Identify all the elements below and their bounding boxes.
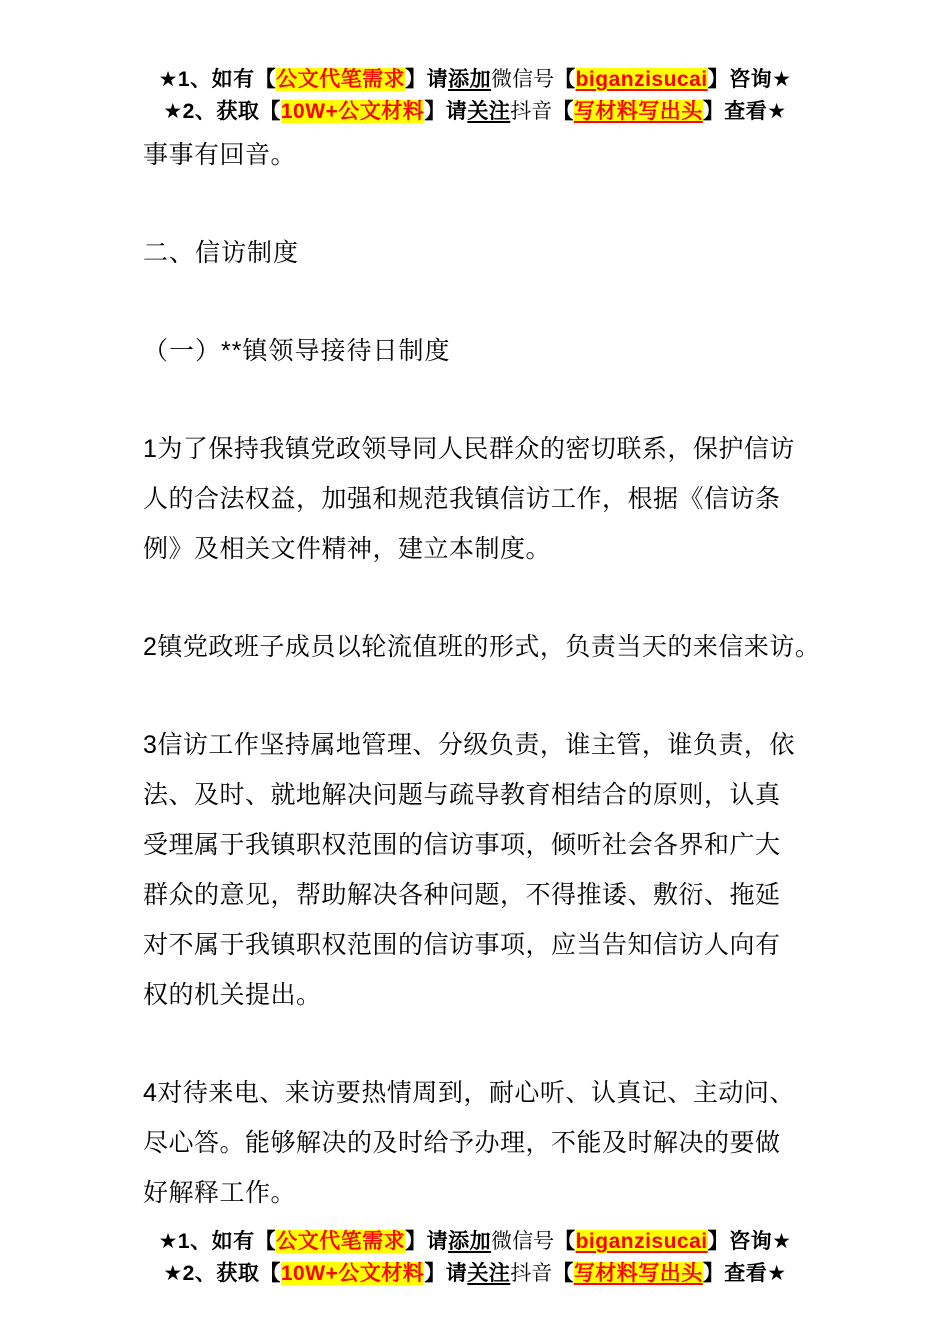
text-line: 尽心答。能够解决的及时给予办理，不能及时解决的要做 bbox=[143, 1118, 843, 1168]
paragraph: 3信访工作坚持属地管理、分级负责，谁主管，谁负责，依法、及时、就地解决问题与疏导… bbox=[143, 720, 843, 1020]
text-line: 例》及相关文件精神，建立本制度。 bbox=[143, 524, 843, 574]
text-line: 4对待来电、来访要热情周到，耐心听、认真记、主动问、 bbox=[143, 1068, 843, 1118]
text-line: 权的机关提出。 bbox=[143, 970, 843, 1020]
section-heading: 二、信访制度 bbox=[143, 228, 843, 278]
promo-text: 关注 bbox=[467, 100, 510, 123]
promo-text: 【 bbox=[554, 68, 576, 91]
promo-highlight-text: 10W+公文材料 bbox=[281, 100, 424, 123]
promo-banner-top: ★1、如有【公文代笔需求】请添加微信号【biganzisucai】咨询★★2、获… bbox=[0, 64, 950, 128]
text-line: 群众的意见，帮助解决各种问题，不得推诿、敷衍、拖延 bbox=[143, 870, 843, 920]
promo-text: 】请 bbox=[424, 100, 467, 123]
text-line: 法、及时、就地解决问题与疏导教育相结合的原则，认真 bbox=[143, 770, 843, 820]
promo-text: 抖音 bbox=[510, 100, 552, 123]
text-line: 二、信访制度 bbox=[143, 228, 843, 278]
promo-highlight-text: 写材料写出头 bbox=[574, 100, 703, 123]
text-line: 事事有回音。 bbox=[143, 130, 843, 180]
promo-text: 】咨询★ bbox=[708, 1230, 792, 1253]
promo-text: 添加 bbox=[448, 1230, 491, 1253]
promo-text: 】查看★ bbox=[703, 1262, 787, 1285]
text-line: 人的合法权益，加强和规范我镇信访工作，根据《信访条 bbox=[143, 474, 843, 524]
promo-highlight-text: biganzisucai bbox=[576, 1230, 708, 1253]
promo-text: 】请 bbox=[424, 1262, 467, 1285]
promo-line: ★1、如有【公文代笔需求】请添加微信号【biganzisucai】咨询★ bbox=[0, 1226, 950, 1258]
promo-line: ★2、获取【10W+公文材料】请关注抖音【写材料写出头】查看★ bbox=[0, 1258, 950, 1290]
text-line: 3信访工作坚持属地管理、分级负责，谁主管，谁负责，依 bbox=[143, 720, 843, 770]
promo-line: ★2、获取【10W+公文材料】请关注抖音【写材料写出头】查看★ bbox=[0, 96, 950, 128]
promo-highlight-text: 公文代笔需求 bbox=[276, 68, 405, 91]
text-line: 2镇党政班子成员以轮流值班的形式，负责当天的来信来访。 bbox=[143, 622, 843, 672]
promo-text: ★2、获取【 bbox=[163, 1262, 281, 1285]
document-content: 事事有回音。二、信访制度（一）**镇领导接待日制度1为了保持我镇党政领导同人民群… bbox=[143, 130, 843, 1218]
promo-text: 【 bbox=[554, 1230, 576, 1253]
promo-highlight-text: 10W+公文材料 bbox=[281, 1262, 424, 1285]
promo-banner-bottom: ★1、如有【公文代笔需求】请添加微信号【biganzisucai】咨询★★2、获… bbox=[0, 1226, 950, 1290]
paragraph: 4对待来电、来访要热情周到，耐心听、认真记、主动问、尽心答。能够解决的及时给予办… bbox=[143, 1068, 843, 1218]
paragraph: 1为了保持我镇党政领导同人民群众的密切联系，保护信访人的合法权益，加强和规范我镇… bbox=[143, 424, 843, 574]
promo-text: 】请 bbox=[405, 1230, 448, 1253]
promo-text: ★2、获取【 bbox=[163, 100, 281, 123]
promo-text: 【 bbox=[552, 1262, 574, 1285]
text-line: 受理属于我镇职权范围的信访事项，倾听社会各界和广大 bbox=[143, 820, 843, 870]
text-line: 1为了保持我镇党政领导同人民群众的密切联系，保护信访 bbox=[143, 424, 843, 474]
promo-highlight-text: 公文代笔需求 bbox=[276, 1230, 405, 1253]
promo-text: 】咨询★ bbox=[708, 68, 792, 91]
promo-text: 】请 bbox=[405, 68, 448, 91]
promo-text: 微信号 bbox=[491, 68, 554, 91]
promo-text: ★1、如有【 bbox=[159, 1230, 277, 1253]
promo-text: 抖音 bbox=[510, 1262, 552, 1285]
promo-text: 添加 bbox=[448, 68, 491, 91]
text-line: （一）**镇领导接待日制度 bbox=[143, 326, 843, 376]
promo-text: 】查看★ bbox=[703, 100, 787, 123]
promo-text: 关注 bbox=[467, 1262, 510, 1285]
promo-highlight-text: 写材料写出头 bbox=[574, 1262, 703, 1285]
text-line: 对不属于我镇职权范围的信访事项，应当告知信访人向有 bbox=[143, 920, 843, 970]
paragraph: 2镇党政班子成员以轮流值班的形式，负责当天的来信来访。 bbox=[143, 622, 843, 672]
promo-text: 【 bbox=[552, 100, 574, 123]
text-line: 好解释工作。 bbox=[143, 1168, 843, 1218]
promo-text: ★1、如有【 bbox=[159, 68, 277, 91]
document-page: ★1、如有【公文代笔需求】请添加微信号【biganzisucai】咨询★★2、获… bbox=[0, 0, 950, 1344]
paragraph: 事事有回音。 bbox=[143, 130, 843, 180]
promo-highlight-text: biganzisucai bbox=[576, 68, 708, 91]
subsection-heading: （一）**镇领导接待日制度 bbox=[143, 326, 843, 376]
promo-line: ★1、如有【公文代笔需求】请添加微信号【biganzisucai】咨询★ bbox=[0, 64, 950, 96]
promo-text: 微信号 bbox=[491, 1230, 554, 1253]
